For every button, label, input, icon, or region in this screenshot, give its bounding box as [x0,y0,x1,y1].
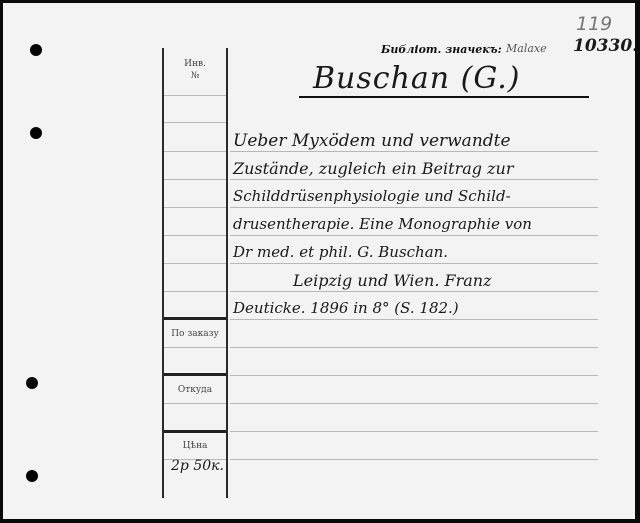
sidebar-rule [164,95,226,96]
sidebar-divider-source [164,373,226,376]
shelfmark: 10330. [573,36,635,56]
entry-line-3: Schilddrüsenphysiologie und Schild- [233,187,511,205]
entry-rule [230,347,598,348]
sidebar-divider-price [164,430,226,433]
punch-hole-2 [30,127,42,139]
entry-line-5: Dr med. et phil. G. Buschan. [233,243,448,261]
entry-rule [230,403,598,404]
author-heading: Buschan (G.) [313,61,520,96]
entry-line-4: drusentherapie. Eine Monographie von [233,215,532,233]
library-mark-label: Библіот. значекъ: [381,43,502,56]
entry-rule [230,291,598,292]
sidebar-rule [164,151,226,152]
sidebar-rule [164,403,226,404]
author-underline [299,96,589,98]
entry-rule [230,151,598,152]
entry-line-2: Zustände, zugleich ein Beitrag zur [233,159,513,178]
entry-rule [230,207,598,208]
entry-rule [230,431,598,432]
source-label: Откуда [164,385,226,395]
entry-rule [230,235,598,236]
entry-line-6: Leipzig und Wien. Franz [293,271,492,290]
punch-hole-4 [26,470,38,482]
sidebar-rule [164,347,226,348]
collection-name: Мalaxe [506,42,547,55]
sidebar-rule [164,291,226,292]
inventory-label: Инв. № [164,58,226,82]
sidebar-rule [164,207,226,208]
sidebar-rule [164,122,226,123]
order-label: По заказу [164,329,226,339]
entry-rule [230,375,598,376]
catalog-card: 119 Библіот. значекъ: Мalaxe 10330. Инв.… [3,3,635,519]
column-right-border [226,48,228,498]
price-value: 2р 50к. [171,458,224,474]
sidebar-rule [164,235,226,236]
sidebar-divider-order [164,317,226,320]
entry-line-1: Ueber Myxödem und verwandte [233,131,511,151]
entry-rule [230,179,598,180]
entry-rule [230,459,598,460]
entry-rule [230,263,598,264]
entry-rule [230,319,598,320]
punch-hole-1 [30,44,42,56]
inventory-label-1: Инв. [164,58,226,70]
entry-line-7: Deuticke. 1896 in 8° (S. 182.) [233,299,459,317]
price-label: Цѣна [164,441,226,451]
pencil-number: 119 [576,13,612,35]
sidebar-rule [164,179,226,180]
inventory-label-2: № [164,70,226,82]
punch-hole-3 [26,377,38,389]
sidebar-rule [164,263,226,264]
